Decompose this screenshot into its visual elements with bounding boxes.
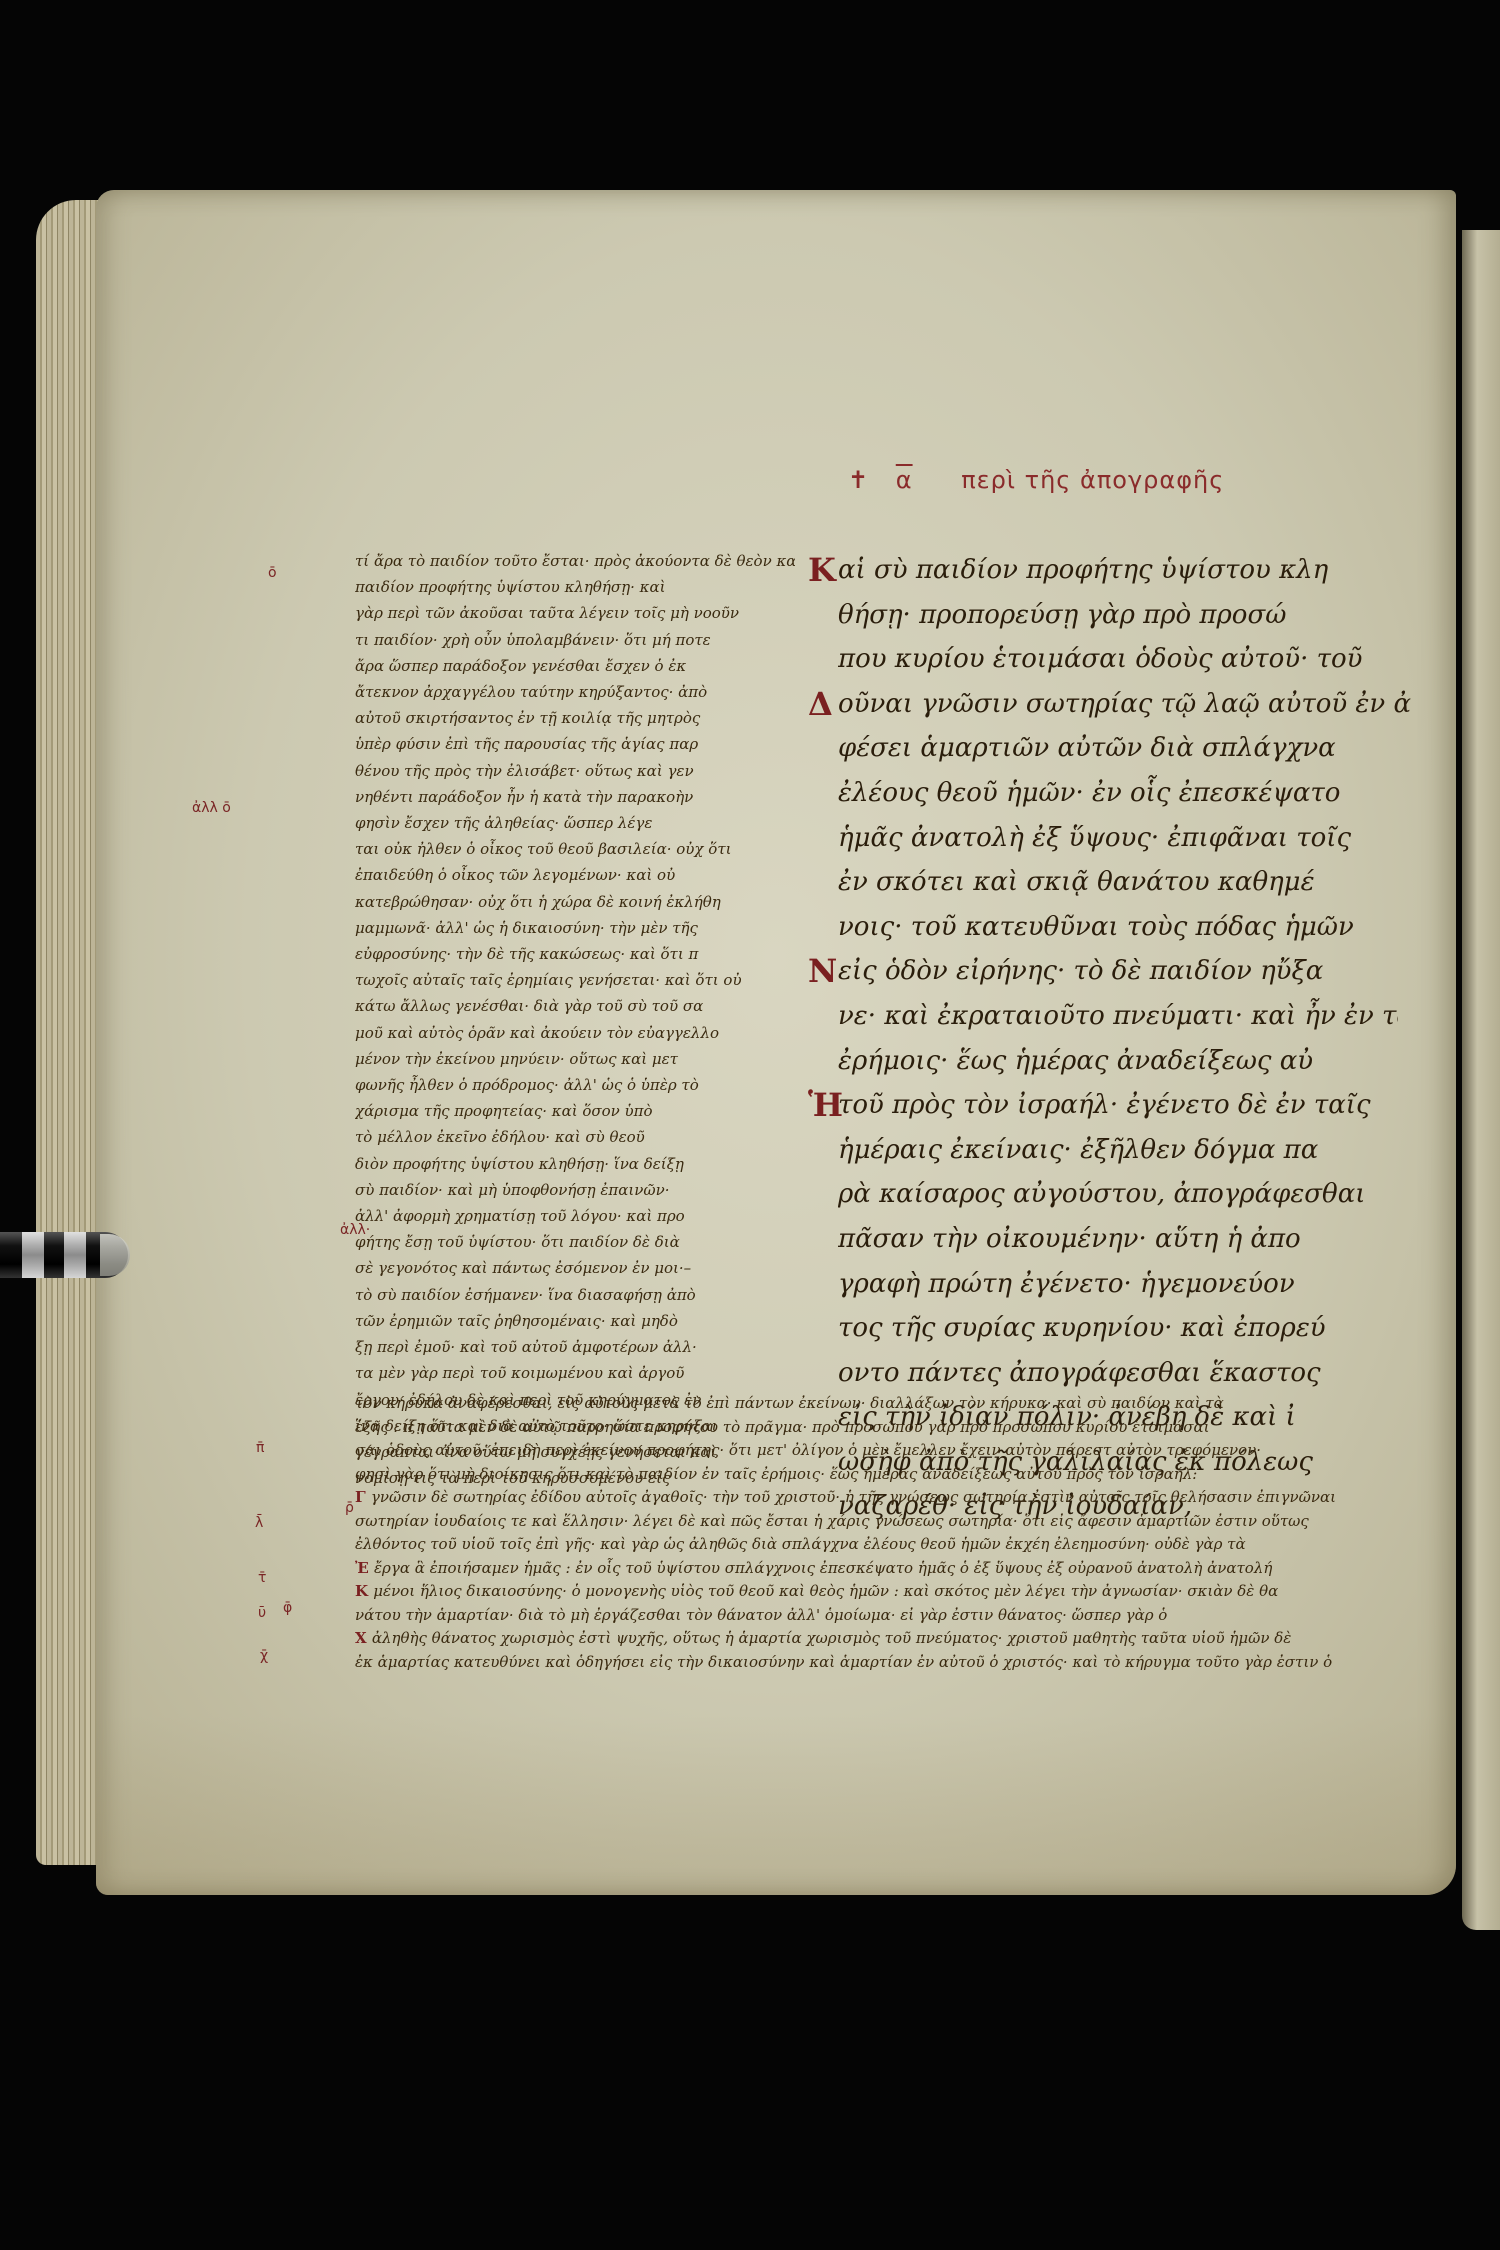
text-line: Καἱ σὺ παιδίον προφήτης ὑψίστου κλη [838, 548, 1398, 593]
text-line: τὸ μέλλον ἐκεῖνο ἐδήλου· καὶ σὺ θεοῦ [355, 1124, 795, 1150]
text-line: φήτης ἔσῃ τοῦ ὑψίστου· ὅτι παιδίον δὲ δι… [355, 1229, 795, 1255]
text-line: ρὰ καίσαρος αὐγούστου, ἀπογράφεσθαι [838, 1172, 1398, 1217]
text-line: πᾶσαν τὴν οἰκουμένην· αὕτη ἡ ἀπο [838, 1217, 1398, 1262]
text-line: ξῃ περὶ ἐμοῦ· καὶ τοῦ αὐτοῦ ἀμφοτέρων ἀλ… [355, 1334, 795, 1360]
marginal-note: π̄ [256, 1440, 264, 1456]
text-line: σὲ γεγονότος καὶ πάντως ἐσόμενον ἐν μοι·… [355, 1255, 795, 1281]
marginal-note: τ̄ [258, 1570, 266, 1586]
text-line: παιδίον προφήτης ὑψίστου κληθήσῃ· καὶ [355, 574, 795, 600]
main-text-column: Καἱ σὺ παιδίον προφήτης ὑψίστου κληθήσῃ·… [838, 548, 1398, 1529]
rubricated-initial: Ν [808, 949, 837, 994]
marginal-note: ο̄ [268, 565, 277, 581]
text-line: Χ ἀληθὴς θάνατος χωρισμὸς ἐστὶ ψυχῆς, οὕ… [355, 1627, 1365, 1651]
text-line: φησὶ γὰρ ὅτι μὴ διοίκησις ὅτι καὶ τὸ παι… [355, 1463, 1365, 1487]
text-line: ἐλέους θεοῦ ἡμῶν· ἐν οἷς ἐπεσκέψατο [838, 771, 1398, 816]
text-line: ἐρήμοις· ἕως ἡμέρας ἀναδείξεως αὐ [838, 1039, 1398, 1084]
rubricated-initial: Κ [355, 1582, 373, 1600]
text-line: που κυρίου ἑτοιμάσαι ὁδοὺς αὐτοῦ· τοῦ [838, 637, 1398, 682]
text-line: ἐκ ἁμαρτίας κατευθύνει καὶ ὁδηγήσει εἰς … [355, 1651, 1365, 1675]
text-line: οντο πάντες ἀπογράφεσθαι ἕκαστος [838, 1351, 1398, 1396]
text-line: κάτω ἄλλως γενέσθαι· διὰ γὰρ τοῦ σὺ τοῦ … [355, 993, 795, 1019]
right-page-edge [1462, 230, 1500, 1930]
text-line: ἐλθόντος τοῦ υἱοῦ τοῖς ἐπὶ γῆς· καὶ γὰρ … [355, 1533, 1365, 1557]
text-line: θήσῃ· προπορεύσῃ γὰρ πρὸ προσώ [838, 593, 1398, 638]
text-line: θένου τῆς πρὸς τὴν ἐλισάβετ· οὕτως καὶ γ… [355, 758, 795, 784]
book-clip [0, 1232, 128, 1278]
rubricated-initial: Κ [808, 548, 836, 593]
text-line: νηθέντι παράδοξον ἦν ἡ κατὰ τὴν παρακοὴν [355, 784, 795, 810]
text-line: Δοῦναι γνῶσιν σωτηρίας τῷ λαῷ αὐτοῦ ἐν ἀ [838, 682, 1398, 727]
marginal-note: λ̄ [255, 1515, 263, 1531]
text-line: διὸν προφήτης ὑψίστου κληθήσῃ· ἵνα δείξῃ [355, 1151, 795, 1177]
text-line: φέσει ἁμαρτιῶν αὐτῶν διὰ σπλάγχνα [838, 726, 1398, 771]
text-line: αὐτοῦ σκιρτήσαντος ἐν τῇ κοιλίᾳ τῆς μητρ… [355, 705, 795, 731]
marginal-note: ρ̄ [345, 1500, 354, 1516]
text-line: νε· καὶ ἐκραταιοῦτο πνεύματι· καὶ ἦν ἐν … [838, 994, 1398, 1039]
marginal-note: ἀλλ· [340, 1222, 370, 1238]
clip-band [64, 1232, 86, 1278]
text-line: μαμμωνᾶ· ἀλλ' ὡς ἡ δικαιοσύνη· τὴν μὲν τ… [355, 915, 795, 941]
chapter-title: περὶ τῆς ἀπογραφῆς [961, 466, 1224, 494]
text-line: ἄρα ὥσπερ παράδοξον γενέσθαι ἔσχεν ὁ ἐκ [355, 653, 795, 679]
commentary-full-width: τὸν κήρυκα ἀναφέρεσθαι, εἰς αὐτοὺς μετὰ … [355, 1392, 1365, 1674]
text-line: ὑπὲρ φύσιν ἐπὶ τῆς παρουσίας τῆς ἁγίας π… [355, 731, 795, 757]
text-line: φωνῆς ἦλθεν ὁ πρόδρομος· ἀλλ' ὡς ὁ ὑπὲρ … [355, 1072, 795, 1098]
text-line: γραφὴ πρώτη ἐγένετο· ἡγεμονεύον [838, 1262, 1398, 1307]
text-line: ἡμᾶς ἀνατολὴ ἐξ ὕψους· ἐπιφᾶναι τοῖς [838, 816, 1398, 861]
text-line: μοῦ καὶ αὐτὸς ὁρᾶν καὶ ἀκούειν τὸν εὐαγγ… [355, 1020, 795, 1046]
text-line: φησὶν ἔσχεν τῆς ἀληθείας· ὥσπερ λέγε [355, 810, 795, 836]
text-line: σαι ὁδοὺς αὐτοῦ· ἐπειδὴ περὶ ἐκείνου προ… [355, 1439, 1365, 1463]
text-line: Ἐ ἔργα ἃ ἐποιήσαμεν ἡμᾶς : ἐν οἷς τοῦ ὑψ… [355, 1557, 1365, 1581]
cross-icon: ✝ [848, 466, 869, 494]
clip-band [22, 1232, 44, 1278]
text-line: τὸν κήρυκα ἀναφέρεσθαι, εἰς αὐτοὺς μετὰ … [355, 1392, 1365, 1416]
rubricated-initial: Γ [355, 1488, 371, 1506]
chapter-heading: ✝ α περὶ τῆς ἀπογραφῆς [848, 466, 1224, 494]
text-line: τῶν ἐρημιῶν ταῖς ῥηθησομέναις· καὶ μηδὸ [355, 1308, 795, 1334]
text-line: ἡμέραις ἐκείναις· ἐξῆλθεν δόγμα πα [838, 1128, 1398, 1173]
commentary-column-left: τί ἄρα τὸ παιδίον τοῦτο ἔσται· πρὸς ἀκού… [355, 548, 795, 1491]
text-line: Νεἰς ὁδὸν εἰρήνης· τὸ δὲ παιδίον ηὔξα [838, 949, 1398, 994]
rubricated-initial: Ἐ [355, 1559, 374, 1577]
text-line: σὺ παιδίον· καὶ μὴ ὑποφθονήσῃ ἐπαινῶν· [355, 1177, 795, 1203]
text-line: Γ γνῶσιν δὲ σωτηρίας ἐδίδου αὐτοῖς ἀγαθο… [355, 1486, 1365, 1510]
text-line: τὸ σὺ παιδίον ἐσήμανεν· ἵνα διασαφήσῃ ἀπ… [355, 1282, 795, 1308]
text-line: τί ἄρα τὸ παιδίον τοῦτο ἔσται· πρὸς ἀκού… [355, 548, 795, 574]
text-line: ἄτεκνον ἀρχαγγέλου ταύτην κηρύξαντος· ἀπ… [355, 679, 795, 705]
text-line: κατεβρώθησαν· οὐχ ὅτι ἡ χώρα δὲ κοινή ἐκ… [355, 889, 795, 915]
marginal-note: ῡ [258, 1605, 266, 1621]
text-line: ἑξῆς : π ταῦτα μὲν δὲ αὐτῷ παρρησία προφ… [355, 1416, 1365, 1440]
text-line: τωχοῖς αὐταῖς ταῖς ἐρημίαις γενήσεται· κ… [355, 967, 795, 993]
text-line: ἐπαιδεύθη ὁ οἶκος τῶν λεγομένων· καὶ οὐ [355, 862, 795, 888]
marginal-note: χ̄ [260, 1648, 268, 1664]
text-line: ἀλλ' ἀφορμὴ χρηματίσῃ τοῦ λόγου· καὶ προ [355, 1203, 795, 1229]
text-line: σωτηρίαν ἰουδαίοις τε καὶ ἕλλησιν· λέγει… [355, 1510, 1365, 1534]
rubricated-initial: Χ [355, 1629, 372, 1647]
marginal-note: ἀλλ ο̄ [192, 800, 231, 816]
text-line: νάτου τὴν ἁμαρτίαν· διὰ τὸ μὴ ἐργάζεσθαι… [355, 1604, 1365, 1628]
text-line: εὐφροσύνης· τὴν δὲ τῆς κακώσεως· καὶ ὅτι… [355, 941, 795, 967]
marginal-note: φ̄ [283, 1600, 292, 1616]
text-line: Ἡτοῦ πρὸς τὸν ἰσραήλ· ἐγένετο δὲ ἐν ταῖς [838, 1083, 1398, 1128]
text-line: μένον τὴν ἐκείνου μηνύειν· οὕτως καὶ μετ [355, 1046, 795, 1072]
text-line: τι παιδίον· χρὴ οὖν ὑπολαμβάνειν· ὅτι μή… [355, 627, 795, 653]
text-line: τα μὲν γὰρ περὶ τοῦ κοιμωμένου καὶ ἀργοῦ [355, 1360, 795, 1386]
text-line: νοις· τοῦ κατευθῦναι τοὺς πόδας ἡμῶν [838, 905, 1398, 950]
chapter-number: α [896, 466, 913, 494]
text-line: τος τῆς συρίας κυρηνίου· καὶ ἐπορεύ [838, 1306, 1398, 1351]
rubricated-initial: Δ [808, 682, 833, 727]
rubricated-initial: Ἡ [808, 1083, 843, 1128]
text-line: χάρισμα τῆς προφητείας· καὶ ὅσον ὑπὸ [355, 1098, 795, 1124]
text-line: Κ μένοι ἥλιος δικαιοσύνης· ὁ μονογενὴς υ… [355, 1580, 1365, 1604]
text-line: γὰρ περὶ τῶν ἀκοῦσαι ταῦτα λέγειν τοῖς μ… [355, 600, 795, 626]
text-line: ται οὐκ ἠλθεν ὁ οἶκος τοῦ θεοῦ βασιλεία·… [355, 836, 795, 862]
text-line: ἐν σκότει καὶ σκιᾷ θανάτου καθημέ [838, 860, 1398, 905]
